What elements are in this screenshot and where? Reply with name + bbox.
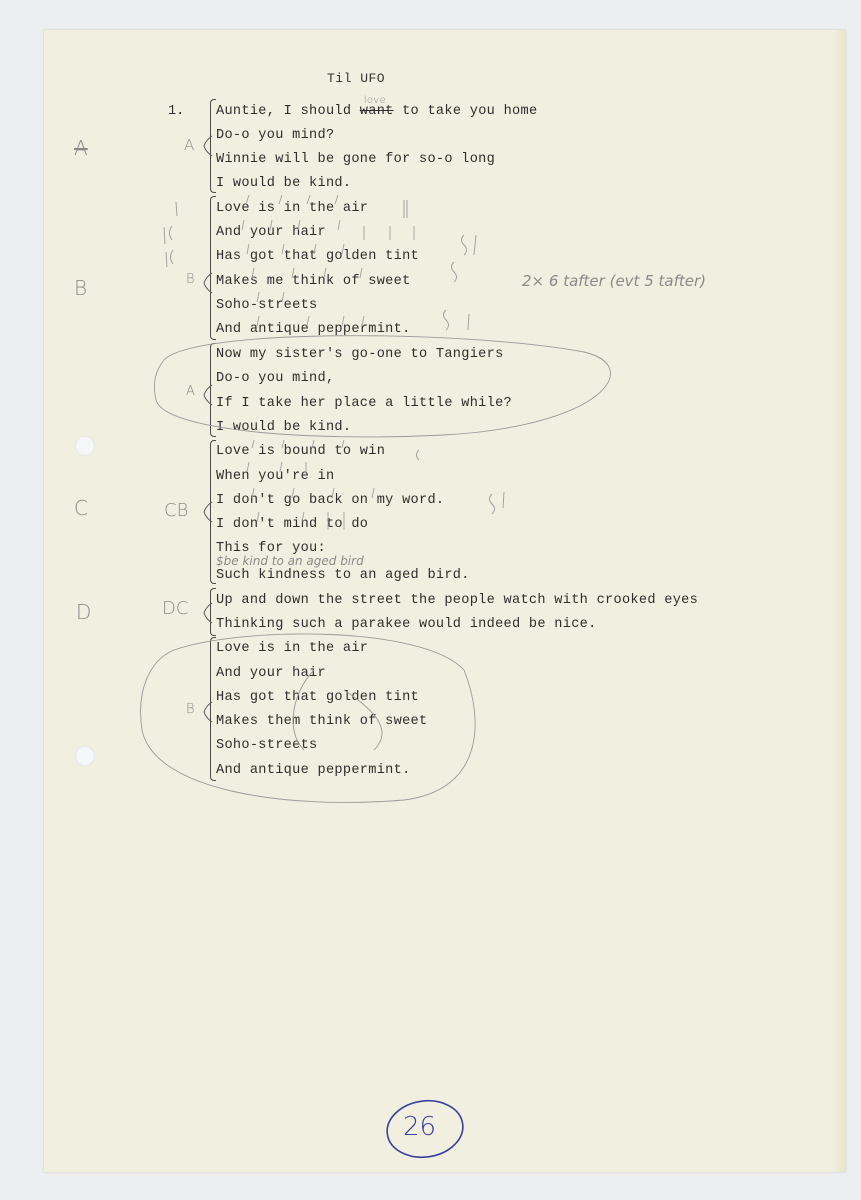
margin-label-b: B (74, 276, 87, 300)
lyric-line: Auntie, I should wantlove to take you ho… (216, 104, 537, 120)
section-bracket (210, 196, 216, 340)
lyric-line: Do-o you mind, (216, 371, 334, 387)
inserted-word: love (364, 93, 386, 109)
section-label: DC (162, 598, 188, 619)
lyric-line: Soho-streets (216, 298, 318, 314)
punch-hole-bottom (75, 746, 95, 766)
lyric-line: Thinking such a parakee would indeed be … (216, 617, 597, 633)
margin-label-a: A (74, 136, 88, 160)
lyric-line: If I take her place a little while? (216, 396, 512, 412)
song-title: Til UFO (327, 71, 385, 86)
lyric-line: I don't mind to do (216, 517, 368, 533)
section-label: CB (164, 500, 188, 521)
punch-hole-top (75, 436, 95, 456)
page-number: 26 (403, 1112, 436, 1142)
lyric-line: Such kindness to an aged bird. (216, 568, 470, 584)
lyric-line: Do-o you mind? (216, 128, 334, 144)
section-label: A (184, 136, 194, 154)
lyric-line: Has got that golden tint (216, 690, 419, 706)
lyric-line: And your hair (216, 666, 326, 682)
verse-number: 1. (168, 104, 184, 119)
lyric-line: Makes me think of sweet (216, 274, 411, 290)
lyric-line: Now my sister's go-one to Tangiers (216, 347, 504, 363)
lyric-line: Love is bound to win (216, 444, 385, 460)
lyric-line: Soho-streets (216, 738, 318, 754)
lyric-line: When you're in (216, 469, 334, 485)
lyric-line: Winnie will be gone for so-o long (216, 152, 495, 168)
handwritten-insert: $be kind to an aged bird (216, 554, 364, 568)
lyric-line: Up and down the street the people watch … (216, 593, 698, 609)
section-label: A (186, 384, 195, 399)
lyric-line: Has got that golden tint (216, 249, 419, 265)
syllable-annotation: 2× 6 tafter (evt 5 tafter) (522, 272, 706, 290)
document-page: Til UFO 1. A B C D A Auntie, I should wa… (44, 30, 846, 1172)
lyric-line: And your hair (216, 225, 326, 241)
lyric-line: And antique peppermint. (216, 763, 411, 779)
lyric-line: I don't go back on my word. (216, 493, 444, 509)
section-bracket (210, 637, 216, 781)
section-label: B (186, 702, 195, 717)
lyric-line: Love is in the air (216, 201, 368, 217)
lyric-line: I would be kind. (216, 176, 351, 192)
lyric-line: And antique peppermint. (216, 322, 411, 338)
margin-label-c: C (74, 496, 88, 520)
lyric-line: Love is in the air (216, 641, 368, 657)
section-label: B (186, 272, 195, 287)
lyric-line: I would be kind. (216, 420, 351, 436)
lyric-line: Makes them think of sweet (216, 714, 427, 730)
margin-label-d: D (76, 600, 91, 624)
